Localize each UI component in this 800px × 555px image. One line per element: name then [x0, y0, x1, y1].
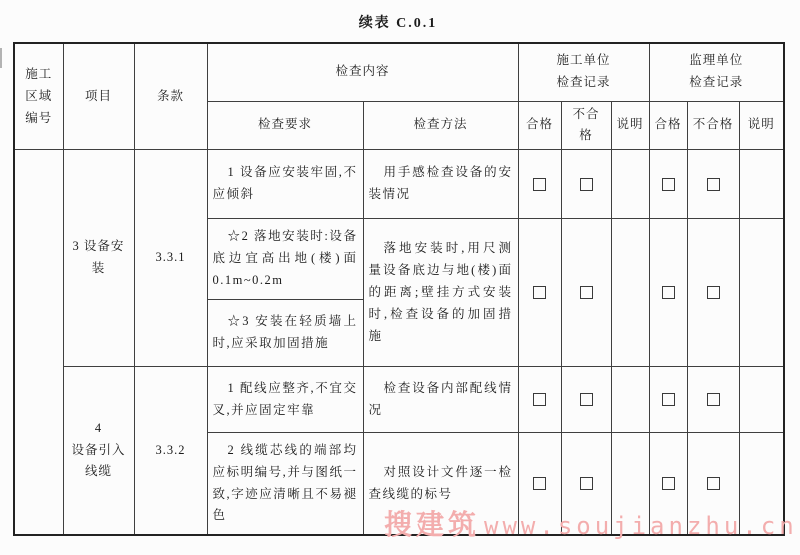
checkbox-icon [707, 286, 720, 299]
header-region: 施工 区域 编号 [14, 43, 63, 150]
checkbox-icon [707, 178, 720, 191]
watermark: 搜建筑 www.soujianzhu.cn [384, 503, 798, 543]
builder-note-cell [611, 367, 649, 433]
requirement-cell: 1 配线应整齐,不宜交叉,并应固定牢靠 [207, 367, 363, 433]
clause-cell-332: 3.3.2 [134, 367, 207, 535]
supervisor-pass-cell [649, 219, 687, 367]
scanned-document-page: 续表 C.0.1 施工 区域 编号 项目 条款 检查内容 施工单位 检查记录 监… [0, 0, 800, 555]
checkbox-icon [580, 178, 593, 191]
header-requirement: 检查要求 [207, 101, 363, 150]
checkbox-icon [662, 178, 675, 191]
checkbox-icon [533, 178, 546, 191]
table-row: 4 设备引入 线缆 3.3.2 1 配线应整齐,不宜交叉,并应固定牢靠 检查设备… [14, 367, 784, 433]
supervisor-pass-cell [649, 367, 687, 433]
requirement-cell: ☆2 落地安装时:设备底边宜高出地(楼)面0.1m~0.2m [207, 219, 363, 300]
table-row: 3 设备安装 3.3.1 1 设备应安装牢固,不应倾斜 用手感检查设备的安装情况 [14, 150, 784, 219]
method-cell: 检查设备内部配线情况 [363, 367, 518, 433]
watermark-brand: 搜建筑 [384, 509, 480, 540]
builder-fail-cell [561, 219, 611, 367]
header-supervisor-note: 说明 [739, 101, 784, 150]
builder-fail-cell [561, 150, 611, 219]
checkbox-icon [707, 393, 720, 406]
supervisor-note-cell [739, 367, 784, 433]
builder-fail-cell [561, 367, 611, 433]
method-cell: 落地安装时,用尺测量设备底边与地(楼)面的距离;壁挂方式安装时,检查设备的加固措… [363, 219, 518, 367]
checkbox-icon [533, 477, 546, 490]
requirement-cell: ☆3 安装在轻质墙上时,应采取加固措施 [207, 300, 363, 367]
checkbox-icon [580, 393, 593, 406]
header-clause: 条款 [134, 43, 207, 150]
builder-pass-cell [518, 219, 561, 367]
scan-artifact-mark [0, 48, 2, 68]
supervisor-fail-cell [687, 150, 739, 219]
builder-pass-cell [518, 367, 561, 433]
checkbox-icon [533, 286, 546, 299]
header-supervisor-pass: 合格 [649, 101, 687, 150]
region-cell-empty [14, 150, 63, 535]
supervisor-note-cell [739, 219, 784, 367]
table-title: 续表 C.0.1 [13, 12, 783, 32]
watermark-url: www.soujianzhu.cn [484, 512, 798, 540]
item-cell-incoming-cable: 4 设备引入 线缆 [63, 367, 134, 535]
method-cell: 用手感检查设备的安装情况 [363, 150, 518, 219]
checkbox-icon [580, 286, 593, 299]
supervisor-pass-cell [649, 150, 687, 219]
builder-pass-cell [518, 150, 561, 219]
supervisor-note-cell [739, 150, 784, 219]
checkbox-icon [580, 477, 593, 490]
requirement-cell: 2 线缆芯线的端部均应标明编号,并与图纸一致,字迹应清晰且不易褪色 [207, 433, 363, 535]
header-builder-pass: 合格 [518, 101, 561, 150]
requirement-cell: 1 设备应安装牢固,不应倾斜 [207, 150, 363, 219]
checkbox-icon [662, 286, 675, 299]
header-item: 项目 [63, 43, 134, 150]
header-supervisor-fail: 不合格 [687, 101, 739, 150]
header-content: 检查内容 [207, 43, 518, 101]
checkbox-icon [707, 477, 720, 490]
builder-note-cell [611, 219, 649, 367]
supervisor-fail-cell [687, 219, 739, 367]
header-supervisor-record: 监理单位 检查记录 [649, 43, 784, 101]
supervisor-fail-cell [687, 367, 739, 433]
item-cell-equipment-install: 3 设备安装 [63, 150, 134, 367]
header-builder-record: 施工单位 检查记录 [518, 43, 649, 101]
builder-note-cell [611, 150, 649, 219]
header-builder-note: 说明 [611, 101, 649, 150]
header-builder-fail: 不合格 [561, 101, 611, 150]
clause-cell-331: 3.3.1 [134, 150, 207, 367]
checkbox-icon [662, 477, 675, 490]
checkbox-icon [662, 393, 675, 406]
header-method: 检查方法 [363, 101, 518, 150]
checkbox-icon [533, 393, 546, 406]
inspection-checklist-table: 施工 区域 编号 项目 条款 检查内容 施工单位 检查记录 监理单位 检查记录 … [13, 42, 785, 536]
